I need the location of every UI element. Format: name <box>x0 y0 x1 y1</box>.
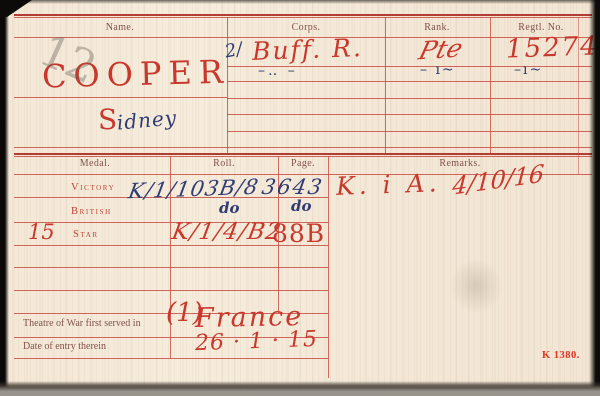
regtl-no-handwriting: 15274 <box>506 33 600 62</box>
british-page-ditto: do <box>291 199 312 214</box>
grid-line <box>14 267 328 268</box>
grid-line <box>14 147 592 148</box>
british-roll-ditto: do <box>219 201 240 216</box>
rank-handwriting: Pte <box>416 36 465 64</box>
grid-line <box>14 290 328 291</box>
star-medal-label: Star <box>73 229 99 240</box>
scan-edge-top <box>0 0 600 4</box>
victory-medal-label: Victory <box>71 182 115 193</box>
first-name-initial: S <box>98 103 117 136</box>
british-medal-label: British <box>71 206 112 217</box>
corps-prefix-handwriting: 2/ <box>224 41 244 62</box>
star-page-value: 88B <box>272 221 325 246</box>
corps-rank-divider <box>385 17 386 153</box>
theatre-of-war-label: Theatre of War first served in <box>23 318 173 329</box>
form-reference-number: K 1380. <box>542 350 580 361</box>
corps-ditto-mark: –‥ – <box>258 64 298 78</box>
paper-stain <box>444 252 509 320</box>
medal-index-card: Name. Corps. Rank. Regtl. No. COOPER Sid… <box>0 0 600 396</box>
name-column-header: Name. <box>60 22 180 33</box>
entry-date-handwriting: 26 · 1 · 15 <box>195 329 319 355</box>
remarks-note-handwriting: K. i A. <box>336 170 441 199</box>
date-of-entry-label: Date of entry therein <box>23 341 163 352</box>
rank-regtl-divider <box>490 17 491 153</box>
star-roll-value: K/1/4/B2 <box>170 221 283 244</box>
grid-line <box>227 98 592 99</box>
star-prefix-handwriting: 15 <box>28 222 55 243</box>
regtl-ditto-mark: –ı~ <box>514 63 543 77</box>
rank-ditto-mark: – ı~ <box>420 63 456 77</box>
corps-column-header: Corps. <box>246 22 366 33</box>
middle-double-line-1 <box>14 153 592 155</box>
grid-line <box>14 97 227 98</box>
scan-edge-bottom <box>0 381 600 396</box>
first-name-handwriting: Sidney <box>98 106 177 134</box>
page-remarks-divider <box>328 156 329 378</box>
grid-line <box>227 81 592 82</box>
top-double-line-1 <box>14 14 592 16</box>
page-column-header: Page. <box>258 158 348 169</box>
corps-handwriting: Buff. R. <box>252 35 364 64</box>
middle-double-line-2 <box>14 156 592 157</box>
rank-column-header: Rank. <box>387 22 487 33</box>
victory-page-value: 3643 <box>260 177 325 198</box>
first-name-rest: idney <box>116 107 178 132</box>
victory-roll-value: K/1/103B/8 <box>127 177 261 202</box>
grid-line <box>227 131 592 132</box>
medal-column-header: Medal. <box>35 158 155 169</box>
scan-edge-left <box>0 0 9 396</box>
top-double-line-2 <box>14 17 592 18</box>
grid-line <box>14 358 328 359</box>
scanned-medal-card-page: { "top_section": { "name_header": "Name.… <box>0 0 600 396</box>
grid-line <box>227 114 592 115</box>
